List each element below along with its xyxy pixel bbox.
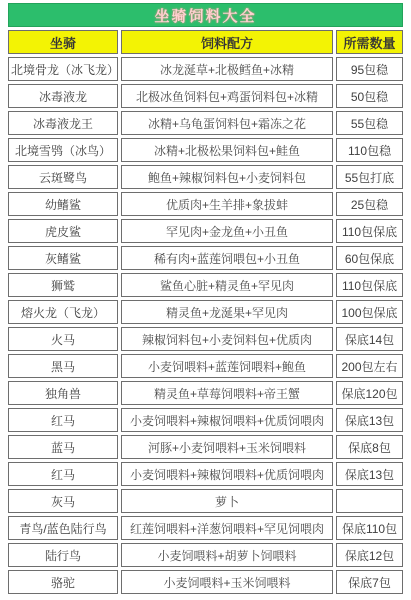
mount-name: 骆驼 <box>8 570 118 594</box>
required-amount: 110包保底 <box>336 273 403 297</box>
required-amount <box>336 489 403 513</box>
feed-recipe: 辣椒饲料包+小麦饲料包+优质肉 <box>121 327 333 351</box>
required-amount: 保底110包 <box>336 516 403 540</box>
required-amount: 保底13包 <box>336 462 403 486</box>
table-row: 火马 辣椒饲料包+小麦饲料包+优质肉 保底14包 <box>8 327 403 351</box>
feed-recipe: 精灵鱼+龙涎果+罕见肉 <box>121 300 333 324</box>
table-row: 青鸟/蓝色陆行鸟 红莲饲喂料+洋葱饲喂料+罕见饲喂肉 保底110包 <box>8 516 403 540</box>
table-row: 陆行鸟 小麦饲喂料+胡萝卜饲喂料 保底12包 <box>8 543 403 567</box>
table-row: 幼鳍鲨 优质肉+生羊排+象拔蚌 25包稳 <box>8 192 403 216</box>
column-header-recipe: 饲料配方 <box>121 30 333 54</box>
mount-feed-table: 坐骑饲料大全 坐骑 饲料配方 所需数量 北境骨龙（冰飞龙） 冰龙涎草+北极鳕鱼+… <box>5 0 406 597</box>
mount-name: 蓝马 <box>8 435 118 459</box>
feed-recipe: 萝卜 <box>121 489 333 513</box>
mount-name: 灰马 <box>8 489 118 513</box>
required-amount: 200包左右 <box>336 354 403 378</box>
feed-recipe: 小麦饲喂料+辣椒饲喂料+优质饲喂肉 <box>121 462 333 486</box>
feed-recipe: 小麦饲喂料+胡萝卜饲喂料 <box>121 543 333 567</box>
table-row: 独角兽 精灵鱼+草莓饲喂料+帝王蟹 保底120包 <box>8 381 403 405</box>
table-row: 冰毒液龙王 冰精+乌龟蛋饲料包+霜冻之花 55包稳 <box>8 111 403 135</box>
required-amount: 100包保底 <box>336 300 403 324</box>
required-amount: 95包稳 <box>336 57 403 81</box>
required-amount: 110包稳 <box>336 138 403 162</box>
mount-name: 红马 <box>8 462 118 486</box>
feed-recipe: 小麦饲喂料+辣椒饲喂料+优质饲喂肉 <box>121 408 333 432</box>
column-header-mount: 坐骑 <box>8 30 118 54</box>
required-amount: 保底120包 <box>336 381 403 405</box>
mount-name: 红马 <box>8 408 118 432</box>
required-amount: 110包保底 <box>336 219 403 243</box>
table-row: 熔火龙（飞龙） 精灵鱼+龙涎果+罕见肉 100包保底 <box>8 300 403 324</box>
required-amount: 保底7包 <box>336 570 403 594</box>
mount-name: 冰毒液龙 <box>8 84 118 108</box>
mount-name: 灰鳍鲨 <box>8 246 118 270</box>
table-row: 骆驼 小麦饲喂料+玉米饲喂料 保底7包 <box>8 570 403 594</box>
feed-recipe: 冰龙涎草+北极鳕鱼+冰精 <box>121 57 333 81</box>
feed-recipe: 小麦饲喂料+玉米饲喂料 <box>121 570 333 594</box>
feed-recipe: 红莲饲喂料+洋葱饲喂料+罕见饲喂肉 <box>121 516 333 540</box>
mount-name: 陆行鸟 <box>8 543 118 567</box>
required-amount: 保底13包 <box>336 408 403 432</box>
title-row: 坐骑饲料大全 <box>8 3 403 27</box>
table-row: 黑马 小麦饲喂料+蓝莲饲喂料+鲍鱼 200包左右 <box>8 354 403 378</box>
table-row: 北境骨龙（冰飞龙） 冰龙涎草+北极鳕鱼+冰精 95包稳 <box>8 57 403 81</box>
table-row: 冰毒液龙 北极冰鱼饲料包+鸡蛋饲料包+冰精 50包稳 <box>8 84 403 108</box>
mount-name: 虎皮鲨 <box>8 219 118 243</box>
header-row: 坐骑 饲料配方 所需数量 <box>8 30 403 54</box>
mount-name: 狮鹫 <box>8 273 118 297</box>
column-header-amount: 所需数量 <box>336 30 403 54</box>
mount-feed-guide-page: 坐骑饲料大全 坐骑 饲料配方 所需数量 北境骨龙（冰飞龙） 冰龙涎草+北极鳕鱼+… <box>0 0 411 597</box>
table-row: 灰鳍鲨 稀有肉+蓝莲饲喂包+小丑鱼 60包保底 <box>8 246 403 270</box>
required-amount: 60包保底 <box>336 246 403 270</box>
table-row: 红马 小麦饲喂料+辣椒饲喂料+优质饲喂肉 保底13包 <box>8 462 403 486</box>
feed-recipe: 稀有肉+蓝莲饲喂包+小丑鱼 <box>121 246 333 270</box>
table-row: 北境雪鸮（冰鸟） 冰精+北极松果饲料包+鲑鱼 110包稳 <box>8 138 403 162</box>
table-row: 红马 小麦饲喂料+辣椒饲喂料+优质饲喂肉 保底13包 <box>8 408 403 432</box>
required-amount: 保底12包 <box>336 543 403 567</box>
feed-recipe: 罕见肉+金龙鱼+小丑鱼 <box>121 219 333 243</box>
required-amount: 保底8包 <box>336 435 403 459</box>
required-amount: 保底14包 <box>336 327 403 351</box>
table-row: 灰马 萝卜 <box>8 489 403 513</box>
required-amount: 50包稳 <box>336 84 403 108</box>
table-row: 云斑鹭鸟 鲍鱼+辣椒饲料包+小麦饲料包 55包打底 <box>8 165 403 189</box>
page-title: 坐骑饲料大全 <box>8 3 403 27</box>
required-amount: 55包打底 <box>336 165 403 189</box>
table-row: 虎皮鲨 罕见肉+金龙鱼+小丑鱼 110包保底 <box>8 219 403 243</box>
mount-name: 北境雪鸮（冰鸟） <box>8 138 118 162</box>
feed-recipe: 鲍鱼+辣椒饲料包+小麦饲料包 <box>121 165 333 189</box>
feed-recipe: 河豚+小麦饲喂料+玉米饲喂料 <box>121 435 333 459</box>
mount-name: 云斑鹭鸟 <box>8 165 118 189</box>
feed-recipe: 北极冰鱼饲料包+鸡蛋饲料包+冰精 <box>121 84 333 108</box>
mount-name: 北境骨龙（冰飞龙） <box>8 57 118 81</box>
mount-name: 熔火龙（飞龙） <box>8 300 118 324</box>
feed-recipe: 精灵鱼+草莓饲喂料+帝王蟹 <box>121 381 333 405</box>
feed-recipe: 小麦饲喂料+蓝莲饲喂料+鲍鱼 <box>121 354 333 378</box>
required-amount: 25包稳 <box>336 192 403 216</box>
mount-name: 冰毒液龙王 <box>8 111 118 135</box>
feed-recipe: 优质肉+生羊排+象拔蚌 <box>121 192 333 216</box>
feed-recipe: 冰精+北极松果饲料包+鲑鱼 <box>121 138 333 162</box>
mount-name: 幼鳍鲨 <box>8 192 118 216</box>
table-row: 蓝马 河豚+小麦饲喂料+玉米饲喂料 保底8包 <box>8 435 403 459</box>
table-row: 狮鹫 鲨鱼心脏+精灵鱼+罕见肉 110包保底 <box>8 273 403 297</box>
mount-name: 独角兽 <box>8 381 118 405</box>
mount-name: 火马 <box>8 327 118 351</box>
mount-name: 黑马 <box>8 354 118 378</box>
feed-recipe: 冰精+乌龟蛋饲料包+霜冻之花 <box>121 111 333 135</box>
feed-recipe: 鲨鱼心脏+精灵鱼+罕见肉 <box>121 273 333 297</box>
required-amount: 55包稳 <box>336 111 403 135</box>
mount-name: 青鸟/蓝色陆行鸟 <box>8 516 118 540</box>
